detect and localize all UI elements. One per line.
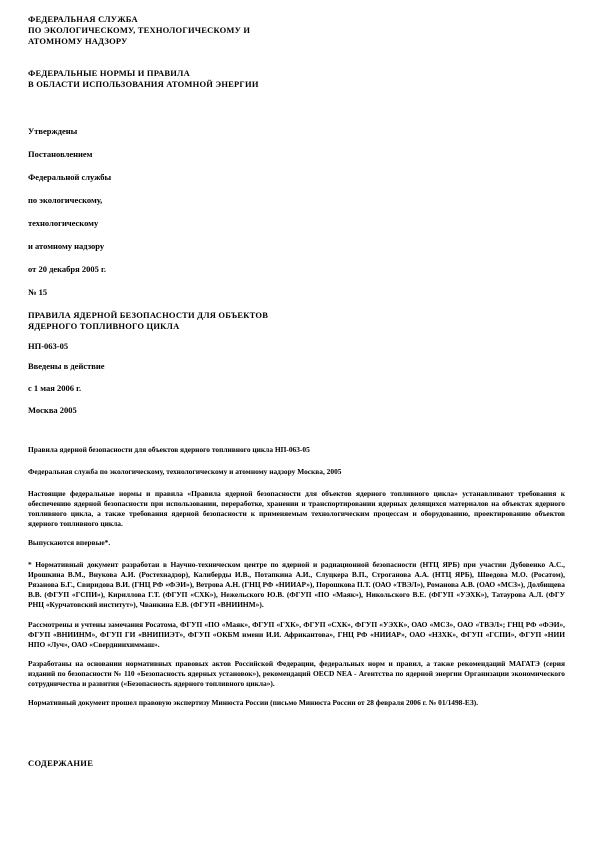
- legal-review-paragraph: Нормативный документ прошел правовую экс…: [28, 698, 565, 708]
- approval-line: технологическому: [28, 218, 565, 228]
- place-year: Москва 2005: [28, 405, 565, 415]
- approval-order-number: № 15: [28, 287, 565, 297]
- effective-date: с 1 мая 2006 г.: [28, 383, 565, 393]
- document-title-line: ЯДЕРНОГО ТОПЛИВНОГО ЦИКЛА: [28, 321, 565, 332]
- document-body: Правила ядерной безопасности для объекто…: [28, 445, 565, 708]
- rules-header-line: В ОБЛАСТИ ИСПОЛЬЗОВАНИЯ АТОМНОЙ ЭНЕРГИИ: [28, 79, 565, 90]
- document-page: ФЕДЕРАЛЬНАЯ СЛУЖБА ПО ЭКОЛОГИЧЕСКОМУ, ТЕ…: [0, 0, 595, 842]
- document-number: НП-063-05: [28, 341, 565, 351]
- reviewers-paragraph: Рассмотрены и учтены замечания Росатома,…: [28, 620, 565, 650]
- approval-block: Утверждены Постановлением Федеральной сл…: [28, 126, 565, 297]
- agency-header-line: АТОМНОМУ НАДЗОРУ: [28, 36, 565, 47]
- effective-note: Введены в действие: [28, 361, 565, 371]
- approval-line: Постановлением: [28, 149, 565, 159]
- first-issue-note: Выпускаются впервые*.: [28, 538, 565, 548]
- contents-heading: СОДЕРЖАНИЕ: [28, 758, 565, 768]
- document-title-line: ПРАВИЛА ЯДЕРНОЙ БЕЗОПАСНОСТИ ДЛЯ ОБЪЕКТО…: [28, 310, 565, 321]
- agency-header-line: ПО ЭКОЛОГИЧЕСКОМУ, ТЕХНОЛОГИЧЕСКОМУ И: [28, 25, 565, 36]
- abstract-paragraph: Настоящие федеральные нормы и правила «П…: [28, 489, 565, 529]
- approval-line: Утверждены: [28, 126, 565, 136]
- agency-header: ФЕДЕРАЛЬНАЯ СЛУЖБА ПО ЭКОЛОГИЧЕСКОМУ, ТЕ…: [28, 14, 565, 47]
- publisher-line: Федеральная служба по экологическому, те…: [28, 467, 565, 477]
- document-title: ПРАВИЛА ЯДЕРНОЙ БЕЗОПАСНОСТИ ДЛЯ ОБЪЕКТО…: [28, 310, 565, 332]
- doc-reference-line: Правила ядерной безопасности для объекто…: [28, 445, 565, 455]
- basis-paragraph: Разработаны на основании нормативных пра…: [28, 659, 565, 689]
- approval-line: и атомному надзору: [28, 241, 565, 251]
- footnote-developers: * Нормативный документ разработан в Науч…: [28, 560, 565, 610]
- rules-header-line: ФЕДЕРАЛЬНЫЕ НОРМЫ И ПРАВИЛА: [28, 68, 565, 79]
- rules-header: ФЕДЕРАЛЬНЫЕ НОРМЫ И ПРАВИЛА В ОБЛАСТИ ИС…: [28, 68, 565, 90]
- agency-header-line: ФЕДЕРАЛЬНАЯ СЛУЖБА: [28, 14, 565, 25]
- approval-line: от 20 декабря 2005 г.: [28, 264, 565, 274]
- approval-line: Федеральной службы: [28, 172, 565, 182]
- approval-line: по экологическому,: [28, 195, 565, 205]
